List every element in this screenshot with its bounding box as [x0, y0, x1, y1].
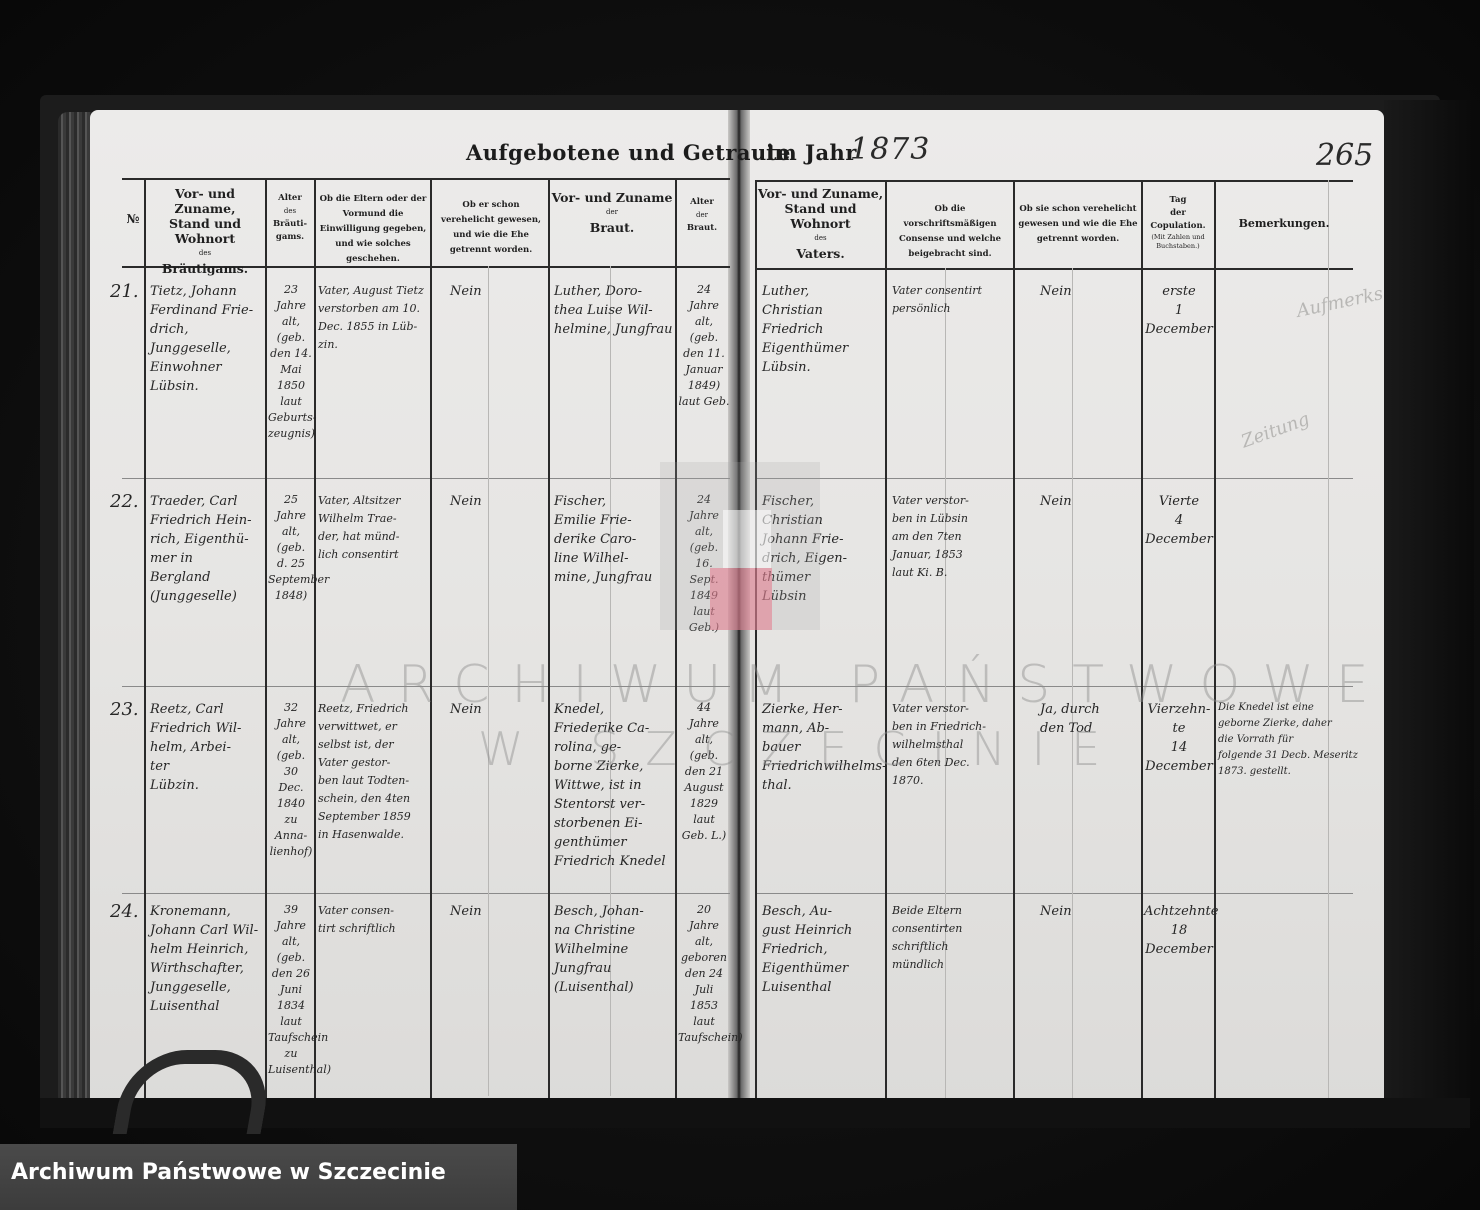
entry-bride: Fischer, Emilie Frie- derike Caro- line … — [554, 492, 674, 587]
entry-groom-married-before: Nein — [450, 902, 540, 921]
column-rule — [144, 178, 146, 1098]
row-divider — [122, 478, 730, 479]
col-head-number: № — [122, 212, 144, 227]
col-head-bride-age: Alter der Braut. — [677, 196, 727, 235]
col-head-copulation-day: Tag der Copulation. (Mit Zahlen und Buch… — [1143, 194, 1213, 251]
col-head-line: Braut. — [550, 220, 674, 235]
col-head-line: Stand und Wohnort — [757, 201, 884, 231]
entry-father: Luther, Christian Friedrich Eigenthümer … — [762, 282, 884, 377]
entry-groom-age: 23 Jahre alt, (geb. den 14. Mai 1850 lau… — [268, 282, 314, 442]
col-head-line: Vor- und Zuname — [550, 190, 674, 205]
row-divider — [755, 686, 1353, 687]
entry-consents: Beide Eltern consentirten schriftlich mü… — [892, 902, 1012, 974]
col-head-line: Vaters. — [757, 246, 884, 261]
entry-bride-age: 24 Jahre alt, (geb. den 11. Januar 1849)… — [678, 282, 730, 410]
entry-groom: Tietz, Johann Ferdinand Frie- drich, Jun… — [150, 282, 264, 396]
column-rule — [314, 178, 316, 1098]
archive-caption: Archiwum Państwowe w Szczecinie — [11, 1160, 446, 1185]
col-head-line: Stand und Wohnort — [146, 216, 264, 246]
right-edge-shadow — [1384, 100, 1474, 1110]
col-head-line: des — [266, 205, 314, 218]
archive-logo-watermark-part — [723, 510, 771, 568]
col-head-line: des — [146, 246, 264, 261]
entry-parents-consent: Vater consen- tirt schriftlich — [318, 902, 430, 938]
col-head-line: Bräutigams. — [146, 261, 264, 276]
col-head-line: Tag — [1143, 194, 1213, 207]
entry-copulation-day: erste 1 December — [1144, 282, 1214, 339]
entry-bride-married-before: Nein — [1040, 902, 1140, 921]
col-head-remarks: Bemerkungen. — [1216, 216, 1352, 231]
col-head-line: Braut. — [677, 222, 727, 235]
page-edges — [58, 112, 92, 1107]
entry-bride-married-before: Nein — [1040, 282, 1140, 301]
entry-bride-married-before: Nein — [1040, 492, 1140, 511]
faint-ruling — [1072, 268, 1073, 1098]
entry-bride-age: 20 Jahre alt, geboren den 24 Juli 1853 l… — [678, 902, 730, 1046]
col-head-line: des — [757, 231, 884, 246]
entry-copulation-day: Achtzehnte 18 December — [1144, 902, 1214, 959]
row-divider — [122, 893, 730, 894]
entry-bride-married-before: Ja, durch den Tod — [1040, 700, 1140, 738]
column-rule — [1214, 180, 1216, 1100]
column-rule — [265, 178, 267, 1098]
col-head-parents-consent: Ob die Eltern oder der Vormund die Einwi… — [318, 192, 428, 267]
entry-no: 24. — [110, 902, 144, 921]
page-title-left: Aufgebotene und Getraute — [466, 140, 791, 165]
entry-parents-consent: Vater, August Tietz verstorben am 10. De… — [318, 282, 430, 354]
entry-copulation-day: Vierzehn- te 14 December — [1144, 700, 1214, 776]
col-head-line: gams. — [266, 231, 314, 244]
table-top-rule-left — [122, 178, 730, 180]
entry-parents-consent: Reetz, Friedrich verwittwet, er selbst i… — [318, 700, 430, 844]
entry-groom-married-before: Nein — [450, 492, 540, 511]
entry-no: 23. — [110, 700, 144, 719]
table-top-rule-right — [755, 180, 1353, 182]
col-head-groom-married-before: Ob er schon verehelicht gewesen, und wie… — [436, 198, 546, 258]
page-title-right: im Jahr — [766, 140, 857, 165]
column-rule — [430, 178, 432, 1098]
entry-no: 21. — [110, 282, 144, 301]
row-divider — [755, 478, 1353, 479]
entry-groom-married-before: Nein — [450, 700, 540, 719]
col-head-line: Alter — [266, 192, 314, 205]
entry-groom-age: 39 Jahre alt, (geb. den 26 Juni 1834 lau… — [268, 902, 314, 1078]
column-rule — [675, 178, 677, 1098]
col-head-groom: Vor- und Zuname, Stand und Wohnort des B… — [146, 186, 264, 276]
entry-groom: Kronemann, Johann Carl Wil- helm Heinric… — [150, 902, 264, 1016]
column-rule — [1013, 180, 1015, 1100]
col-head-line: der — [550, 205, 674, 220]
col-head-line: Alter — [677, 196, 727, 209]
handwritten-year: 1873 — [850, 132, 930, 167]
entry-groom-married-before: Nein — [450, 282, 540, 301]
col-head-line: Vor- und Zuname, — [757, 186, 884, 201]
col-head-line: der Copulation. — [1143, 207, 1213, 233]
entry-groom-age: 32 Jahre alt, (geb. 30 Dec. 1840 zu Anna… — [268, 700, 314, 860]
entry-no: 22. — [110, 492, 144, 511]
col-head-bride-married-before: Ob sie schon verehelicht gewesen und wie… — [1016, 202, 1140, 247]
entry-bride: Luther, Doro- thea Luise Wil- helmine, J… — [554, 282, 674, 339]
entry-groom-age: 25 Jahre alt, (geb. d. 25 September 1848… — [268, 492, 314, 604]
col-head-line: Bräuti- — [266, 218, 314, 231]
entry-bride: Besch, Johan- na Christine Wilhelmine Ju… — [554, 902, 674, 997]
column-rule — [1328, 180, 1329, 1100]
col-head-line: (Mit Zahlen und Buchstaben.) — [1143, 233, 1213, 251]
col-head-father: Vor- und Zuname, Stand und Wohnort des V… — [757, 186, 884, 261]
row-divider — [755, 893, 1353, 894]
entry-parents-consent: Vater, Altsitzer Wilhelm Trae- der, hat … — [318, 492, 430, 564]
entry-bride: Knedel, Friederike Ca- rolina, ge- borne… — [554, 700, 674, 871]
entry-groom: Traeder, Carl Friedrich Hein- rich, Eige… — [150, 492, 264, 606]
entry-father: Zierke, Her- mann, Ab- bauer Friedrichwi… — [762, 700, 884, 795]
col-head-line: Vor- und Zuname, — [146, 186, 264, 216]
entry-consents: Vater verstor- ben in Lübsin am den 7ten… — [892, 492, 1012, 582]
column-rule — [548, 178, 550, 1098]
entry-consents: Vater verstor- ben in Friedrich- wilhelm… — [892, 700, 1012, 790]
entry-father: Besch, Au- gust Heinrich Friedrich, Eige… — [762, 902, 884, 997]
header-bottom-rule-right — [755, 268, 1353, 270]
page-number: 265 — [1316, 138, 1373, 173]
col-head-groom-age: Alter des Bräuti- gams. — [266, 192, 314, 244]
entry-bride-age: 44 Jahre alt, (geb. den 21 August 1829 l… — [678, 700, 730, 844]
faint-ruling — [488, 266, 489, 1096]
col-head-line: der — [677, 209, 727, 222]
col-head-bride: Vor- und Zuname der Braut. — [550, 190, 674, 235]
row-divider — [122, 686, 730, 687]
column-rule — [885, 180, 887, 1100]
entry-consents: Vater consentirt persönlich — [892, 282, 1012, 318]
column-rule — [755, 180, 757, 1100]
entry-copulation-day: Vierte 4 December — [1144, 492, 1214, 549]
column-rule — [1141, 180, 1143, 1100]
col-head-consents: Ob die vorschriftsmäßigen Consense und w… — [888, 202, 1012, 262]
archive-logo-watermark-red — [710, 568, 772, 630]
entry-remarks: Die Knedel ist eine geborne Zierke, dahe… — [1218, 700, 1358, 780]
entry-groom: Reetz, Carl Friedrich Wil- helm, Arbei- … — [150, 700, 264, 795]
